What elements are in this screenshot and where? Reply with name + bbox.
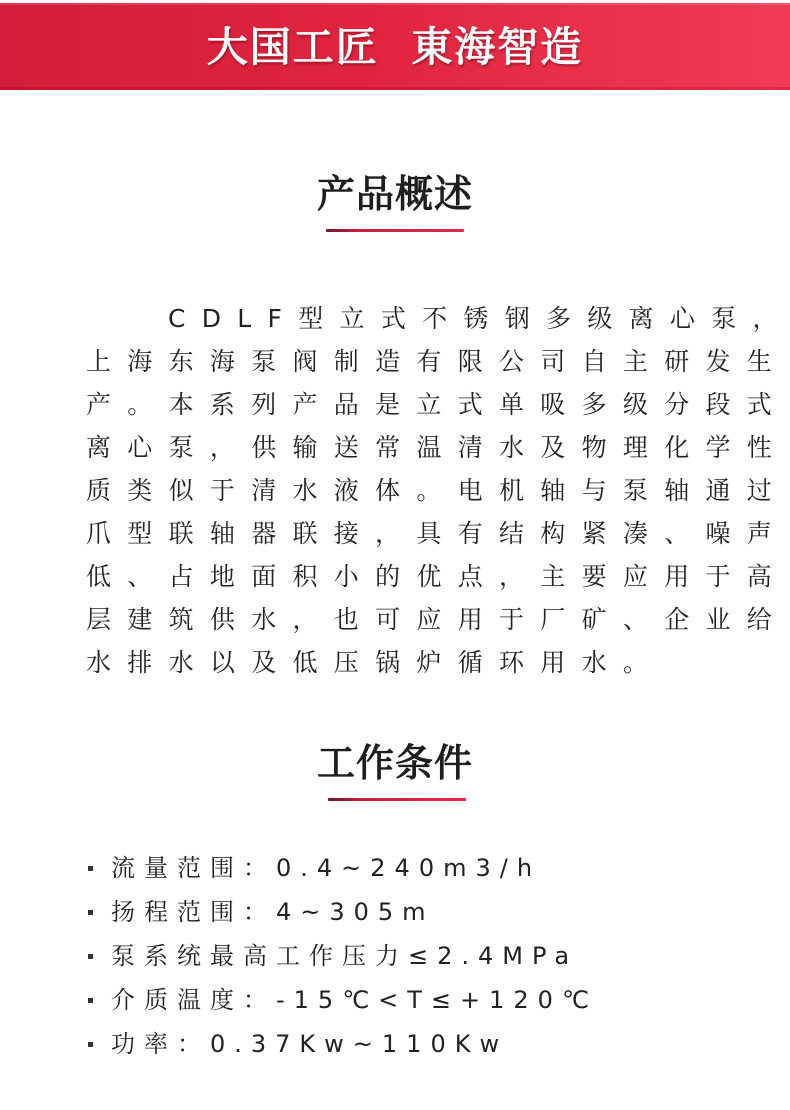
bullet-icon	[88, 866, 93, 871]
conditions-list: 流量范围：0.4~240m3/h 扬程范围：4~305m 泵系统最高工作压力≤2…	[84, 846, 724, 1066]
paragraph-line: 层建筑供水，也可应用于厂矿、企业给	[86, 598, 726, 641]
overview-paragraph: CDLF型立式不锈钢多级离心泵，为 上海东海泵阀制造有限公司自主研发生 产。本系…	[86, 297, 726, 684]
spec-power: 功率：0.37Kw~110Kw	[111, 1022, 508, 1066]
conditions-title-underline	[328, 798, 466, 801]
banner-title: 大国工匠 東海智造	[207, 14, 584, 73]
paragraph-line: 爪型联轴器联接，具有结构紧凑、噪声	[86, 512, 726, 555]
spec-medium-temperature: 介质温度：-15℃<T≤+120℃	[111, 978, 598, 1022]
paragraph-line: 低、占地面积小的优点，主要应用于高	[86, 555, 726, 598]
spec-max-pressure: 泵系统最高工作压力≤2.4MPa	[111, 934, 578, 978]
list-item: 扬程范围：4~305m	[84, 890, 724, 934]
paragraph-line: 水排水以及低压锅炉循环用水。	[86, 641, 726, 684]
spec-head-range: 扬程范围：4~305m	[111, 890, 435, 934]
list-item: 泵系统最高工作压力≤2.4MPa	[84, 934, 724, 978]
bullet-icon	[88, 954, 93, 959]
conditions-title: 工作条件	[0, 741, 790, 785]
paragraph-line: CDLF型立式不锈钢多级离心泵，为	[86, 297, 726, 340]
overview-title: 产品概述	[0, 172, 790, 216]
spec-flow-range: 流量范围：0.4~240m3/h	[111, 846, 541, 890]
list-item: 功率：0.37Kw~110Kw	[84, 1022, 724, 1066]
overview-title-underline	[326, 229, 464, 232]
list-item: 流量范围：0.4~240m3/h	[84, 846, 724, 890]
paragraph-line: 产。本系列产品是立式单吸多级分段式	[86, 383, 726, 426]
bullet-icon	[88, 998, 93, 1003]
bullet-icon	[88, 1042, 93, 1047]
list-item: 介质温度：-15℃<T≤+120℃	[84, 978, 724, 1022]
paragraph-line: 质类似于清水液体。电机轴与泵轴通过	[86, 469, 726, 512]
header-banner: 大国工匠 東海智造	[0, 3, 790, 90]
paragraph-line: 离心泵，供输送常温清水及物理化学性	[86, 426, 726, 469]
paragraph-line: 上海东海泵阀制造有限公司自主研发生	[86, 340, 726, 383]
bullet-icon	[88, 910, 93, 915]
